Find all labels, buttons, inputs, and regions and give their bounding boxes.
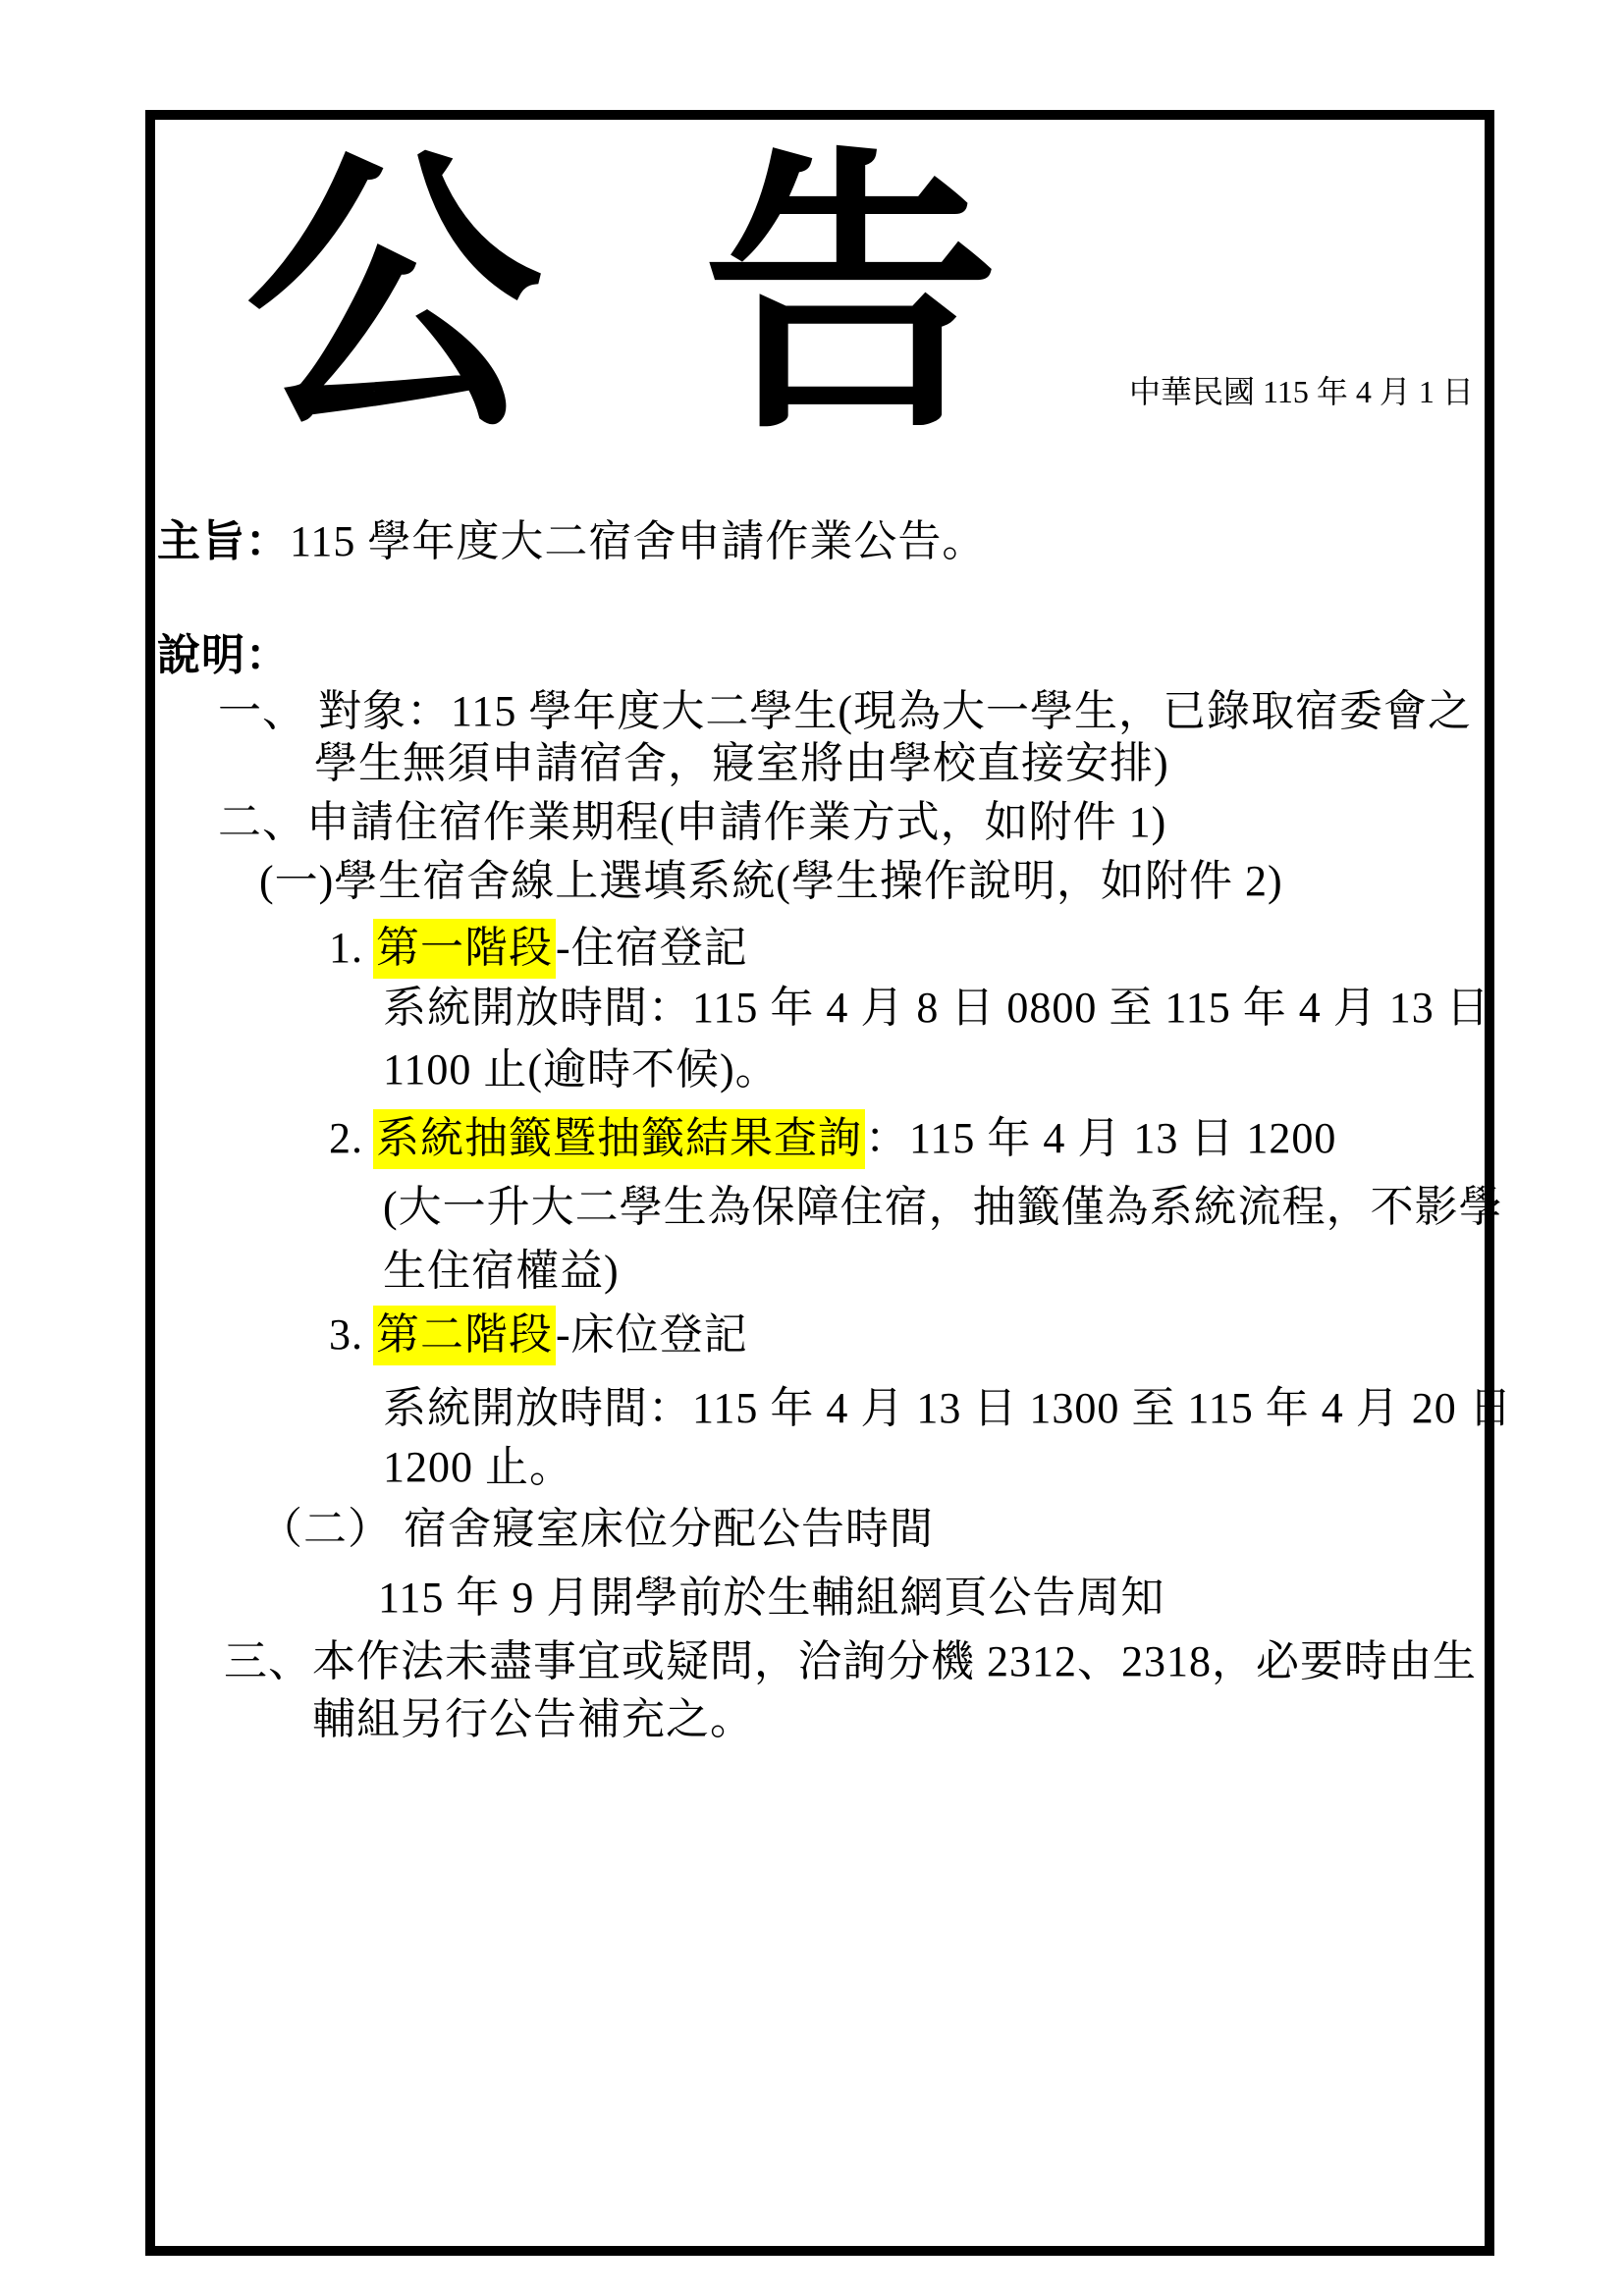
phase2-time-line1: 系統開放時間：115 年 4 月 13 日 1300 至 115 年 4 月 2… <box>383 1382 1513 1435</box>
subject-text: 115 學年度大二宿舍申請作業公告。 <box>290 517 986 565</box>
lottery-note-line2: 生住宿權益) <box>383 1245 620 1298</box>
item2-2-heading: （二） 宿舍寢室床位分配公告時間 <box>259 1503 934 1556</box>
phase2-number: 3. <box>329 1310 363 1359</box>
explanation-heading: 說明： <box>157 629 290 682</box>
subject-label: 主旨： <box>157 517 290 565</box>
phase1-title-line: 1.第一階段-住宿登記 <box>329 922 748 975</box>
phase2-title-text: -床位登記 <box>556 1310 748 1359</box>
explanation-label: 說明： <box>157 631 290 679</box>
announcement-date: 中華民國 115 年 4 月 1 日 <box>1129 371 1474 412</box>
highlight-lottery: 系統抽籤暨抽籤結果查詢 <box>373 1109 865 1169</box>
highlight-phase1: 第一階段 <box>373 919 556 979</box>
item3-line1: 三、本作法未盡事宜或疑問，洽詢分機 2312、2318，必要時由生 <box>224 1635 1477 1688</box>
item1-line2: 學生無須申請宿舍，寢室將由學校直接安排) <box>314 737 1169 790</box>
lottery-time-text: ：115 年 4 月 13 日 1200 <box>865 1114 1336 1162</box>
phase2-time-line2: 1200 止。 <box>383 1441 573 1494</box>
lottery-number: 2. <box>329 1114 363 1162</box>
item1-line1: 一、 對象：115 學年度大二學生(現為大一學生，已錄取宿委會之 <box>218 685 1472 738</box>
subject-line: 主旨：115 學年度大二宿舍申請作業公告。 <box>157 515 986 568</box>
announcement-title: 公 告 <box>245 149 1000 450</box>
phase1-number: 1. <box>329 924 363 972</box>
phase1-time-line2: 1100 止(逾時不候)。 <box>383 1043 780 1096</box>
phase1-time-line1: 系統開放時間：115 年 4 月 8 日 0800 至 115 年 4 月 13… <box>383 982 1490 1035</box>
highlight-phase2: 第二階段 <box>373 1306 556 1365</box>
scanned-announcement-page: { "announcement": { "title": "公 告", "dat… <box>0 0 1624 2296</box>
item3-line2: 輔組另行公告補充之。 <box>312 1693 754 1746</box>
phase1-title-text: -住宿登記 <box>556 924 748 972</box>
item2-2-time-line: 115 年 9 月開學前於生輔組網頁公告周知 <box>378 1572 1164 1625</box>
item2-1-heading: (一)學生宿舍線上選填系統(學生操作說明，如附件 2) <box>259 855 1283 908</box>
lottery-note-line1: (大一升大二學生為保障住宿，抽籤僅為系統流程，不影學 <box>383 1181 1503 1234</box>
lottery-line: 2.系統抽籤暨抽籤結果查詢：115 年 4 月 13 日 1200 <box>329 1112 1336 1165</box>
item2-heading: 二、申請住宿作業期程(申請作業方式，如附件 1) <box>218 796 1166 849</box>
phase2-title-line: 3.第二階段-床位登記 <box>329 1308 748 1362</box>
